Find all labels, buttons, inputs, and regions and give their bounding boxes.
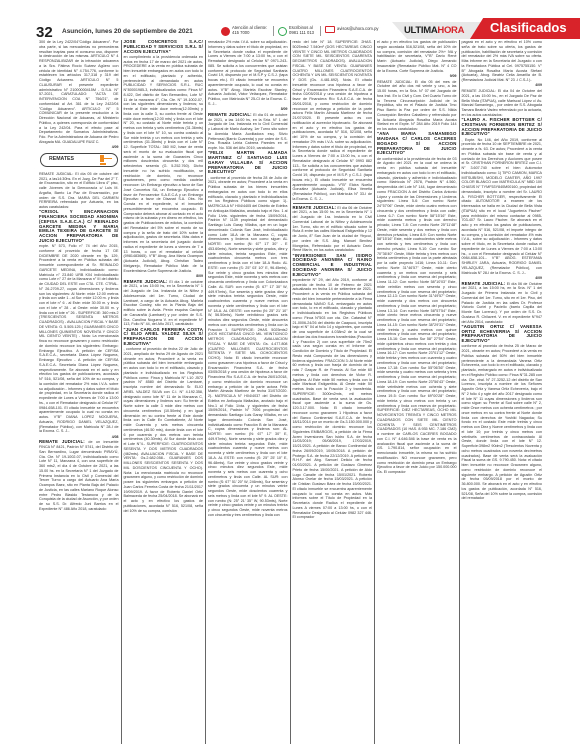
- page-header: 32 Asunción, lunes 20 de septiembre de 2…: [0, 0, 580, 38]
- ad-body: El día 01 de octubre de 2021, a las 14:0…: [208, 113, 288, 150]
- ad-paragraph: expediente N° 29, del Año 2019, conforme…: [293, 278, 373, 520]
- ad-paragraph: rematador 2% más I.V.A. sobre su adjudic…: [208, 40, 288, 107]
- contact-email-value: avisos@uhora.com.py: [337, 27, 379, 32]
- ad-paragraph: pagará en el acto y en efectivo el 10% c…: [462, 40, 543, 83]
- column-1: 300 de la Ley 2422/04"Código Aduanero". …: [37, 40, 122, 744]
- ad-paragraph: REMATE JUDICIAL: El día 05 de octubre de…: [39, 172, 119, 210]
- ad-code: 9/09: [377, 74, 457, 79]
- contact-whatsapp-value: 0981 111 013: [289, 31, 314, 36]
- ad-body: de un inmueble FINCA N° 8421, Padrón N° …: [39, 440, 119, 511]
- remates-section-badge: REMATES: [40, 153, 118, 167]
- ad-body: El día 06 de Octubre del 2021, a las 15:…: [462, 282, 543, 324]
- page-number: 32: [36, 24, 53, 41]
- classifieds-columns: 300 de la Ley 2422/04"Código Aduanero". …: [37, 40, 544, 744]
- ad-heading: REMATE JUDICIAL:: [124, 279, 168, 284]
- ad-paragraph: REMATE JUDICIAL: de un inmueble FINCA N°…: [39, 440, 119, 511]
- column-4: resto del lote N° 18. SUPERFICIE: 2HAS. …: [291, 40, 376, 744]
- ad-paragraph: REMATE JUDICIAL: El día 1 de octubre de …: [124, 280, 204, 328]
- ad-paragraph: REMATE JUDICIAL: El día 01 de octubre de…: [208, 113, 288, 151]
- phone-icon: [221, 27, 230, 36]
- case-title: "LAURO A. FISCHER BOTTGER C/ CRISTHIAN F…: [462, 118, 543, 137]
- ad-paragraph: , conforme al proveído de fecha 28 de Ju…: [208, 176, 288, 518]
- case-title: "FELIX MARTIN ALMADA MARTINEZ C/ SANTIAG…: [208, 151, 288, 175]
- ad-heading: REMATE JUDICIAL:: [39, 439, 85, 444]
- ad-code: 4/09: [462, 83, 543, 88]
- newspaper-logo: ULTIMAHORA: [404, 25, 464, 36]
- case-title: "CRISOL Y ENCARNACION FINANCIERA SOCIEDA…: [39, 210, 119, 243]
- ad-paragraph: REMATE JUDICIAL: El día 04 de Octubre de…: [462, 89, 543, 118]
- column-5: el acto y en efectivo los gastos de publ…: [375, 40, 460, 744]
- case-title: "ANA MARIA SAMANIEGO MAIDANA C/ CARLOS C…: [377, 132, 457, 156]
- ad-paragraph: , Expte. No 146, del Año 2019, conforme …: [462, 138, 543, 276]
- case-title: "AGUSTIN ORTIZ C/ VANESSA ORTIZ ECHEVERR…: [462, 325, 543, 344]
- whatsapp-icon: [278, 27, 287, 36]
- ad-heading: REMATE JUDICIAL:: [462, 281, 506, 286]
- section-title: Clasificados: [490, 20, 567, 35]
- ad-paragraph: de conformidad a la providencia de fecha…: [377, 157, 457, 475]
- ad-code: 4/09: [39, 145, 119, 150]
- remates-label: REMATES: [49, 157, 74, 162]
- case-title: JOSE CONCRETOS S.A.C/ PUBLICIDAD Y SERVI…: [124, 40, 204, 54]
- ad-paragraph: , conforme al proveído de fecha 22 de Ju…: [124, 347, 204, 513]
- ad-paragraph: el acto y en efectivo los gastos de publ…: [377, 40, 457, 73]
- mail-icon: [325, 26, 335, 33]
- ad-paragraph: 300 de la Ley 2422/04"Código Aduanero". …: [39, 40, 119, 145]
- ad-heading: REMATE JUDICIAL:: [208, 112, 252, 117]
- ad-heading: REMATE JUDICIAL:: [293, 205, 337, 210]
- gavel-icon: [100, 155, 112, 165]
- ad-paragraph: REMATE JUDICIAL: El día 05 del mes de Oc…: [377, 80, 457, 132]
- contact-phone-value: 415 7000: [232, 31, 267, 36]
- case-title: "JUAN CARLOS FERREIRA COSTA C/ ELIO ARIE…: [124, 328, 204, 347]
- logo-hora: HORA: [437, 25, 464, 36]
- divider: [320, 26, 321, 36]
- column-3: rematador 2% más I.V.A. sobre su adjudic…: [206, 40, 291, 744]
- ad-paragraph: en cumplimiento a la providencia ordenad…: [124, 55, 204, 274]
- contact-whatsapp[interactable]: Escribinos al 0981 111 013: [278, 26, 321, 36]
- ad-paragraph: conforme al proveído de fecha 25 de Marz…: [462, 344, 543, 501]
- ad-body: El día 1 de octubre de 2021, a las 15:00…: [124, 280, 204, 327]
- divider: [273, 26, 274, 36]
- column-2: JOSE CONCRETOS S.A.C/ PUBLICIDAD Y SERVI…: [122, 40, 207, 744]
- case-title: "INVERSIONES SAN ISIDRO SOCIEDAD ANONIMA…: [293, 254, 373, 278]
- ad-paragraph: REMATE JUDICIAL: El día 06 de Octubre de…: [462, 282, 543, 325]
- contact-phone[interactable]: Atención al cliente: 415 7000: [221, 26, 274, 36]
- column-6: pagará en el acto y en efectivo el 10% c…: [460, 40, 545, 744]
- contact-email[interactable]: avisos@uhora.com.py: [325, 26, 379, 33]
- ad-paragraph: resto del lote N° 18. SUPERFICIE: 2HAS. …: [293, 40, 373, 202]
- logo-ultima: ULTIMA: [404, 25, 437, 36]
- ad-paragraph: REMATE JUDICIAL: El día 06 de Octubre de…: [293, 206, 373, 254]
- ad-paragraph: expte. N° 573, Folio n° 74 del Año 2015,…: [39, 244, 119, 434]
- ad-body: El día 06 de Octubre del 2021, a las 15:…: [293, 206, 373, 253]
- page-date: Asunción, lunes 20 de septiembre de 2021: [62, 28, 193, 35]
